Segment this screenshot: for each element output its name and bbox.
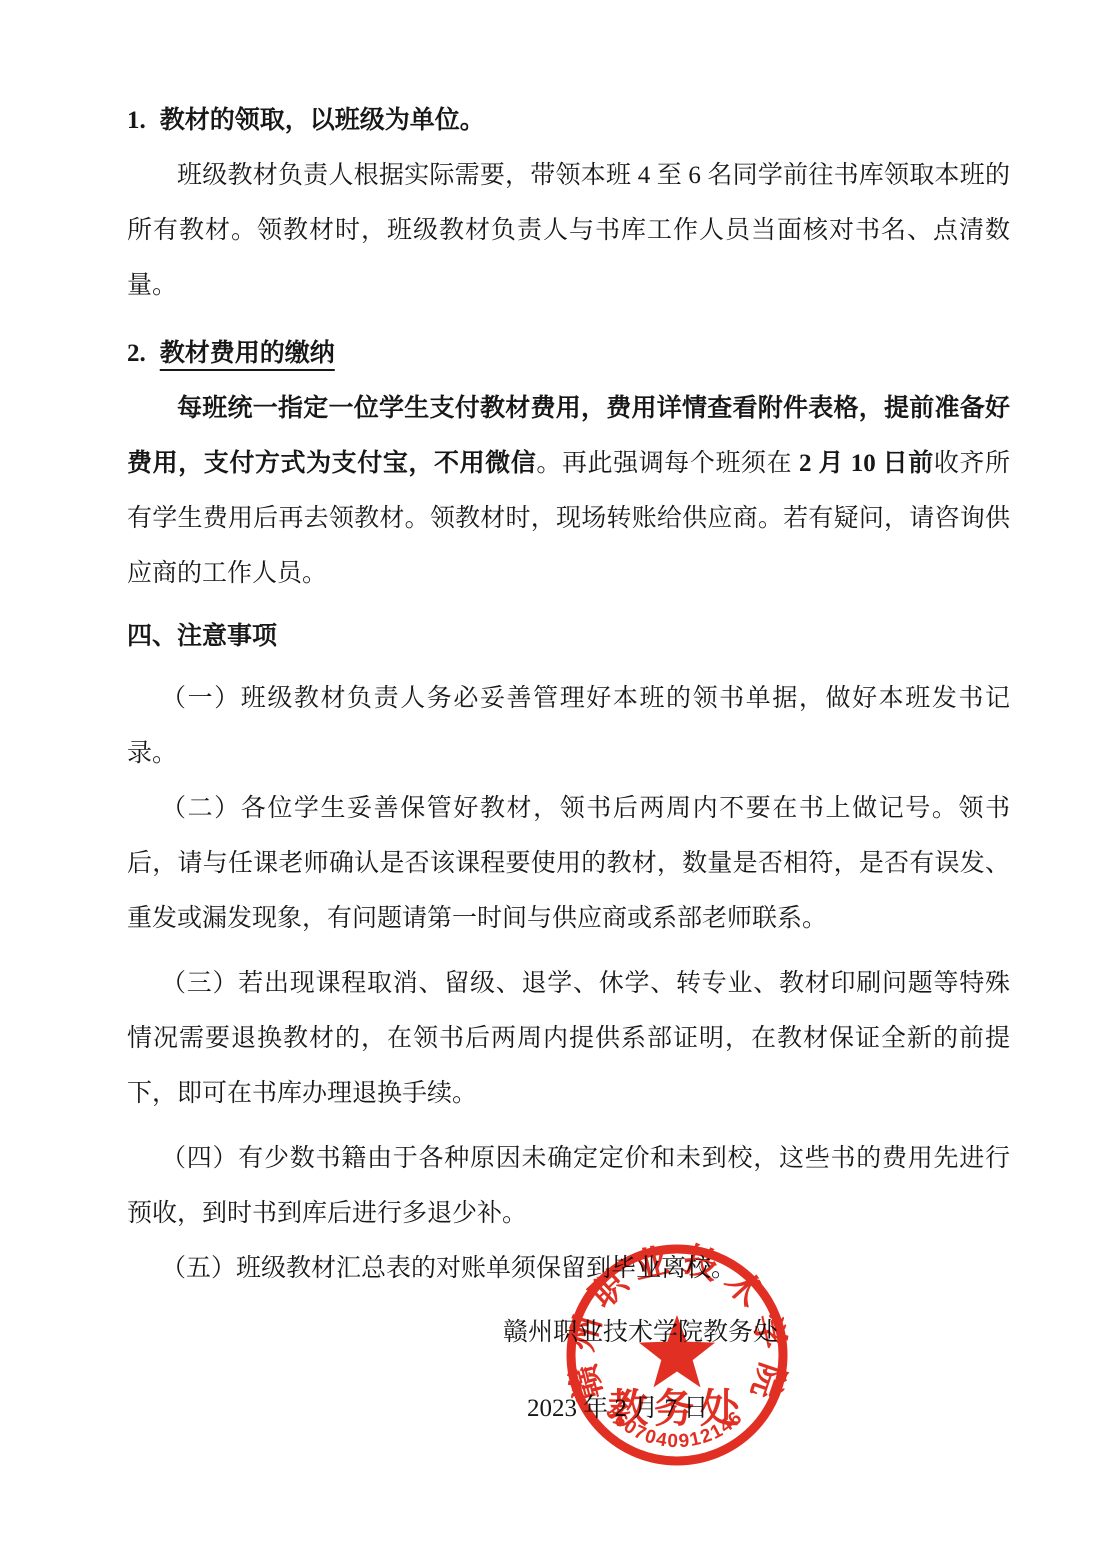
payment-deadline: 2 月 10 日前 xyxy=(799,450,934,477)
paragraph-textbook-pickup: 班级教材负责人根据实际需要，带领本班 4 至 6 名同学前往书库领取本班的所有教… xyxy=(127,148,1010,313)
section-1-title: 教材的领取，以班级为单位。 xyxy=(160,107,485,134)
section-1-number: 1. xyxy=(127,93,146,148)
paragraph-payment: 每班统一指定一位学生支付教材费用，费用详情查看附件表格，提前准备好费用，支付方式… xyxy=(127,381,1010,601)
section-2-title: 教材费用的缴纳 xyxy=(160,340,335,367)
official-seal-stamp: 赣州职业技术学院 教务处 3607040912146 xyxy=(547,1225,807,1485)
section-2-number: 2. xyxy=(127,326,146,381)
payment-regular-text: 。再此强调每个班须在 xyxy=(536,450,799,477)
note-item-2: （二）各位学生妥善保管好教材，领书后两周内不要在书上做记号。领书后，请与任课老师… xyxy=(127,781,1010,946)
document-body: 1.教材的领取，以班级为单位。 班级教材负责人根据实际需要，带领本班 4 至 6… xyxy=(127,93,1010,1296)
note-item-3: （三）若出现课程取消、留级、退学、休学、转专业、教材印刷问题等特殊情况需要退换教… xyxy=(127,956,1010,1121)
note-item-1: （一）班级教材负责人务必妥善管理好本班的领书单据，做好本班发书记录。 xyxy=(127,671,1010,781)
seal-star-icon xyxy=(639,1315,715,1387)
section-1-heading: 1.教材的领取，以班级为单位。 xyxy=(127,93,1010,148)
document-page: 1.教材的领取，以班级为单位。 班级教材负责人根据实际需要，带领本班 4 至 6… xyxy=(0,0,1102,1559)
section-4-heading: 四、注意事项 xyxy=(127,609,1010,664)
section-2-heading: 2.教材费用的缴纳 xyxy=(127,326,1010,381)
